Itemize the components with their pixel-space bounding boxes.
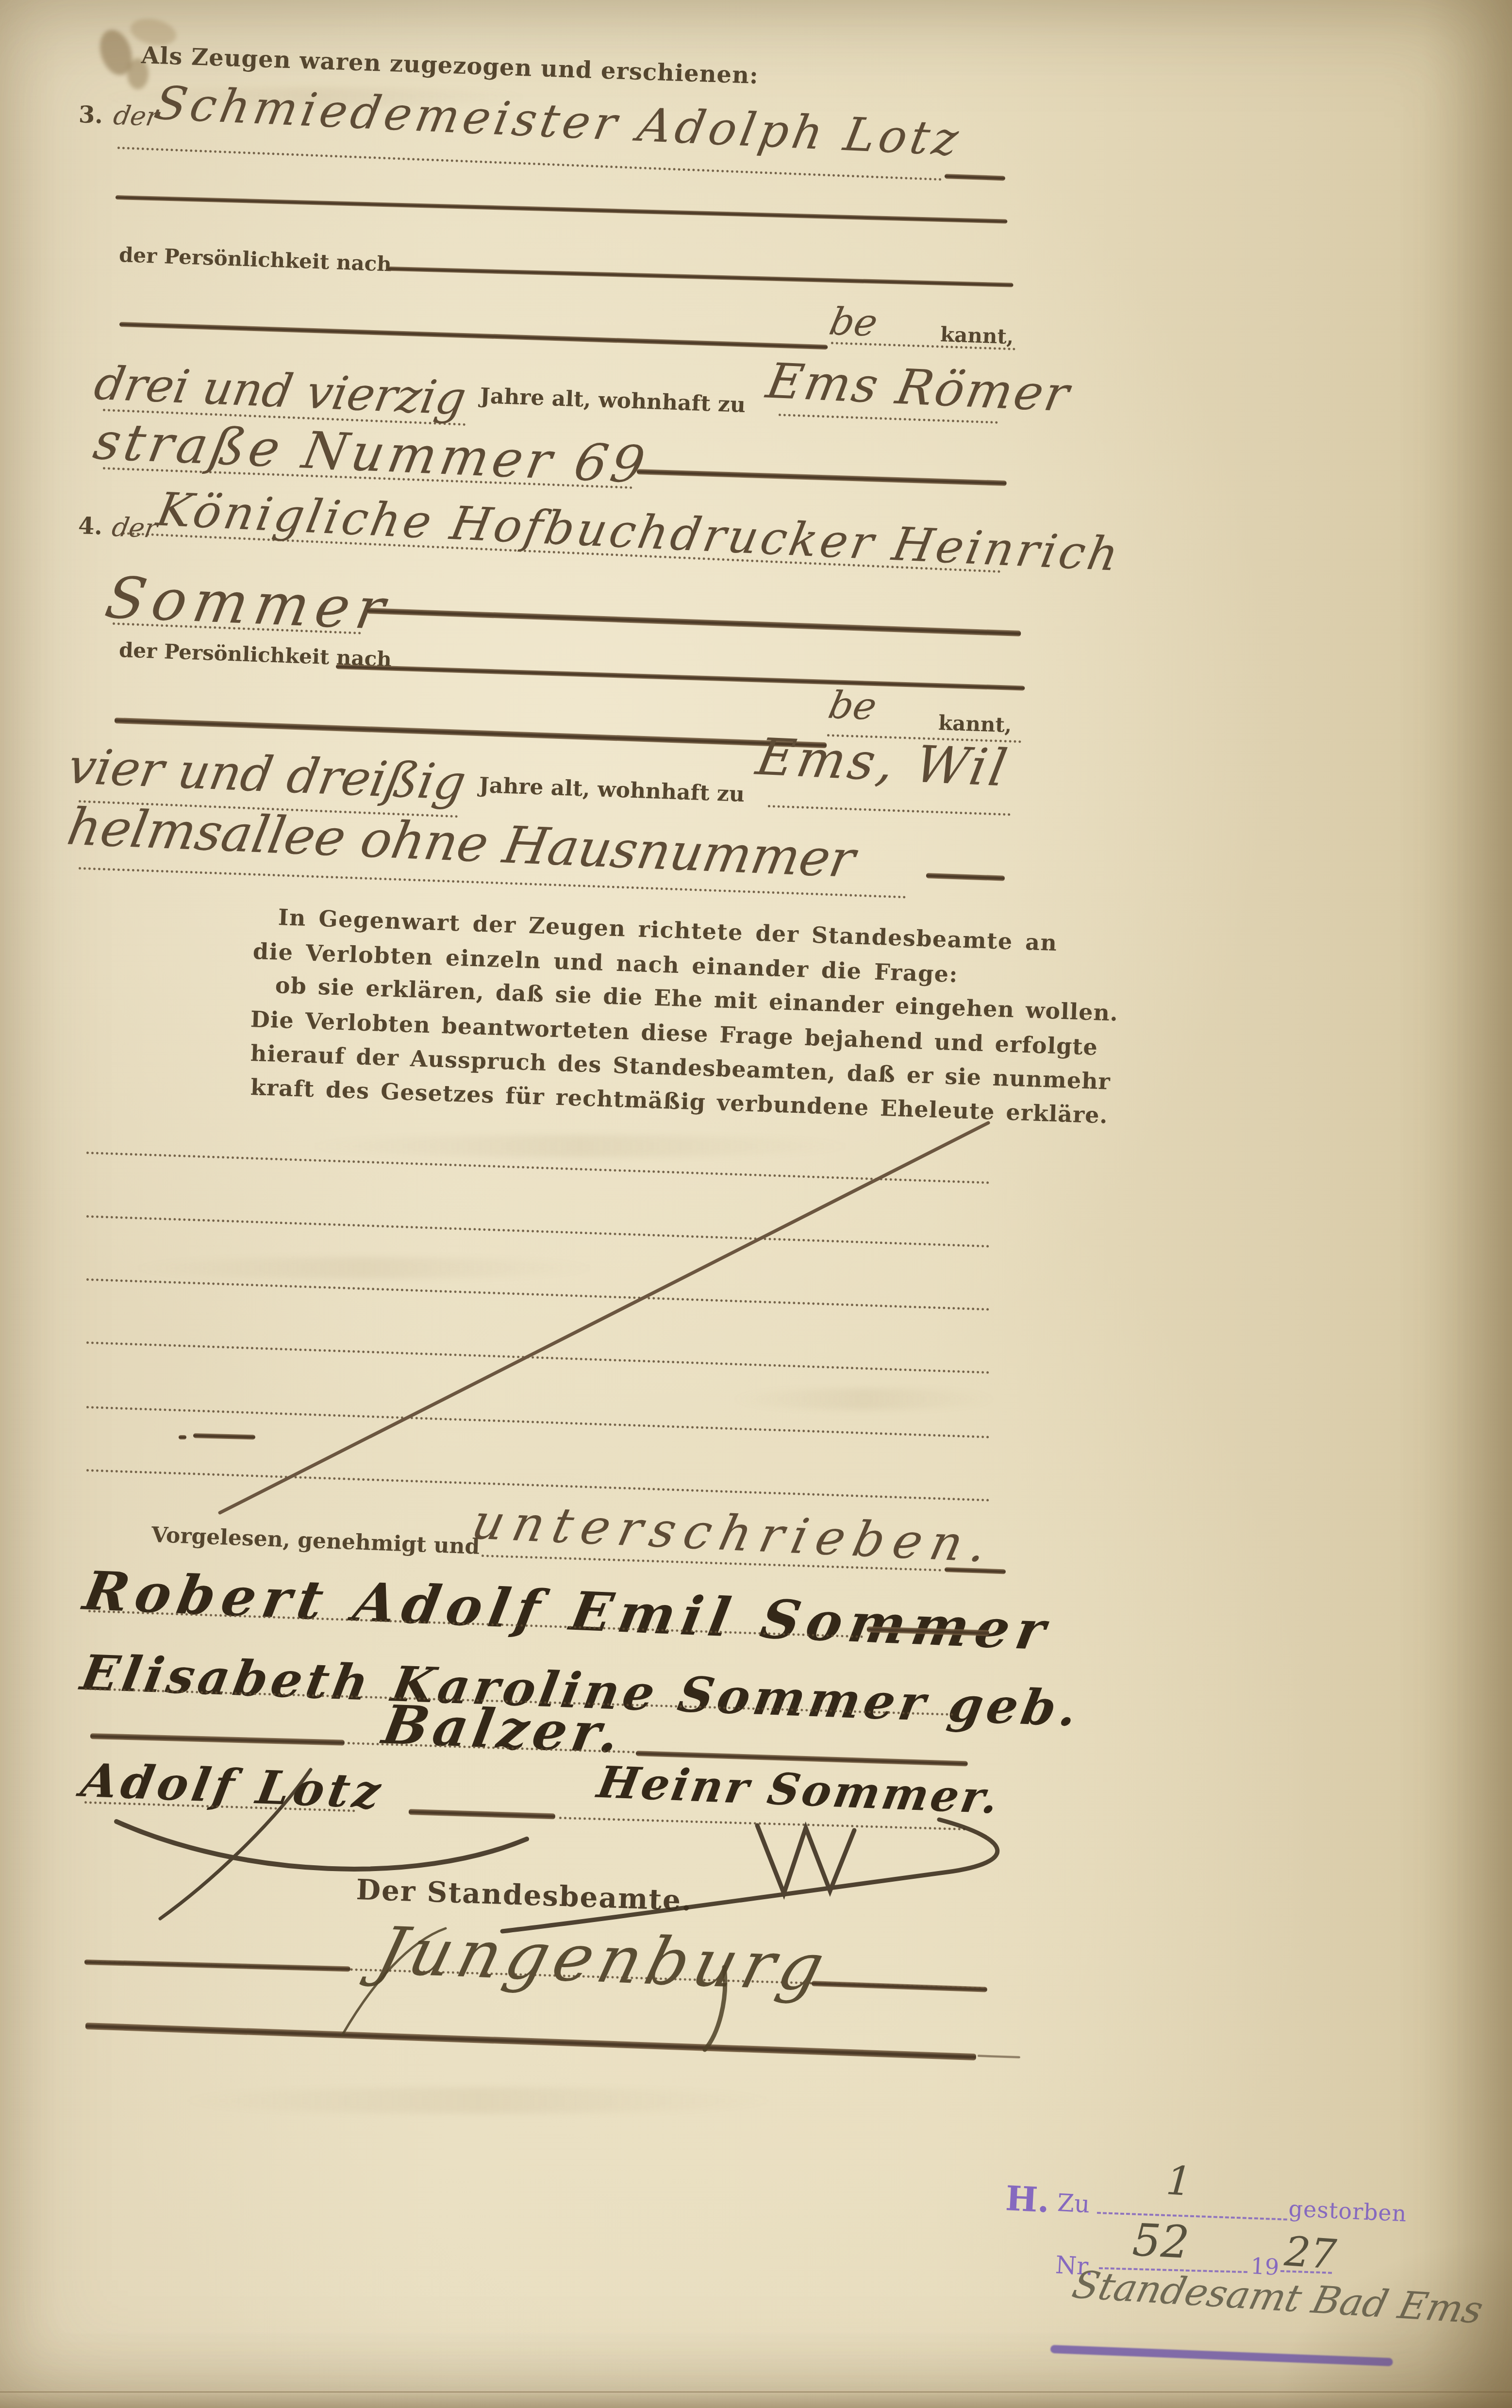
signature-groom: Robert Adolf Emil Sommer [79,1559,1057,1662]
dotted-leader [768,805,1011,816]
bleedthrough-ghost [126,1257,602,1279]
blank-dotted-line [86,1278,990,1311]
form-rule [945,174,1005,181]
witness4-known-prefix: be [825,684,881,729]
witness4-residence-line2: helmsallee ohne Hausnummer [63,797,860,889]
witness3-residence-line1: Ems Römer [762,352,1075,422]
form-rule [85,2023,976,2060]
stamp-zu-value: 1 [1164,2157,1193,2205]
witness4-entry-line2: Sommer [100,564,397,643]
stamp-rule [1097,2212,1287,2221]
witness3-number: 3. [78,101,103,129]
witness3-known-label: kannt, [940,322,1014,349]
form-rule [926,873,1005,881]
closing-printed: Vorgelesen, genehmigt und [151,1522,480,1559]
page-bottom-edge [0,2391,1512,2408]
blank-dotted-line [86,1341,990,1374]
witness3-known-prefix: be [826,300,881,345]
bleedthrough-ghost [728,1388,1000,1410]
form-rule [367,608,1021,636]
form-rule [978,2055,1020,2058]
witness4-number: 4. [78,512,103,540]
office-underline [1050,2345,1393,2366]
cancellation-diagonal-line [217,1120,990,1515]
form-rule [388,267,1014,287]
registrar-signature: Jungenburg [369,1913,837,2006]
form-rule [119,322,828,350]
registrar-title: Der Standesbeamte. [356,1873,693,1917]
form-rule [84,1959,350,1972]
document-page: Als Zeugen waren zugezogen und erschiene… [0,0,1512,2408]
form-rule [409,1809,555,1819]
bleedthrough-ghost [175,2088,781,2114]
blank-dotted-line [86,1215,990,1248]
stamp-h-label: H. [1005,2178,1051,2221]
signature-bride-line2: Balzer. [378,1693,629,1765]
witness4-entry-line1: Königliche Hofbuchdrucker Heinrich [152,483,1125,582]
stamp-gestorben-label: gestorben [1288,2195,1408,2227]
closing-handwritten: unterschrieben. [467,1493,1001,1573]
form-rule [637,469,1007,486]
form-rule [90,1733,345,1746]
form-rule [116,195,1008,224]
page-right-edge [1422,0,1512,2408]
bleedthrough-ghost [301,1135,859,1157]
witness4-article: der [110,512,160,544]
witness4-age-label: Jahre alt, wohnhaft zu [479,773,745,807]
form-rule [812,1981,987,1992]
ink-dot-mark [179,1435,186,1439]
stamp-nr-value: 52 [1131,2214,1191,2269]
witness3-residence-line2: straße Nummer 69 [89,412,653,495]
form-rule [945,1567,1006,1574]
form-rule [115,718,827,748]
witness4-known-label: kannt, [938,711,1012,737]
form-rule [336,664,1025,691]
witness4-residence-line1: Ems, Wil [752,727,1014,798]
stamp-zu-label: Zu [1057,2189,1091,2218]
witness3-identity-label: der Persönlichkeit nach [118,243,392,276]
witness3-age-label: Jahre alt, wohnhaft zu [480,384,746,418]
signature-witness-sommer: Heinr Sommer. [594,1756,1005,1824]
ink-dash-mark [193,1433,255,1439]
